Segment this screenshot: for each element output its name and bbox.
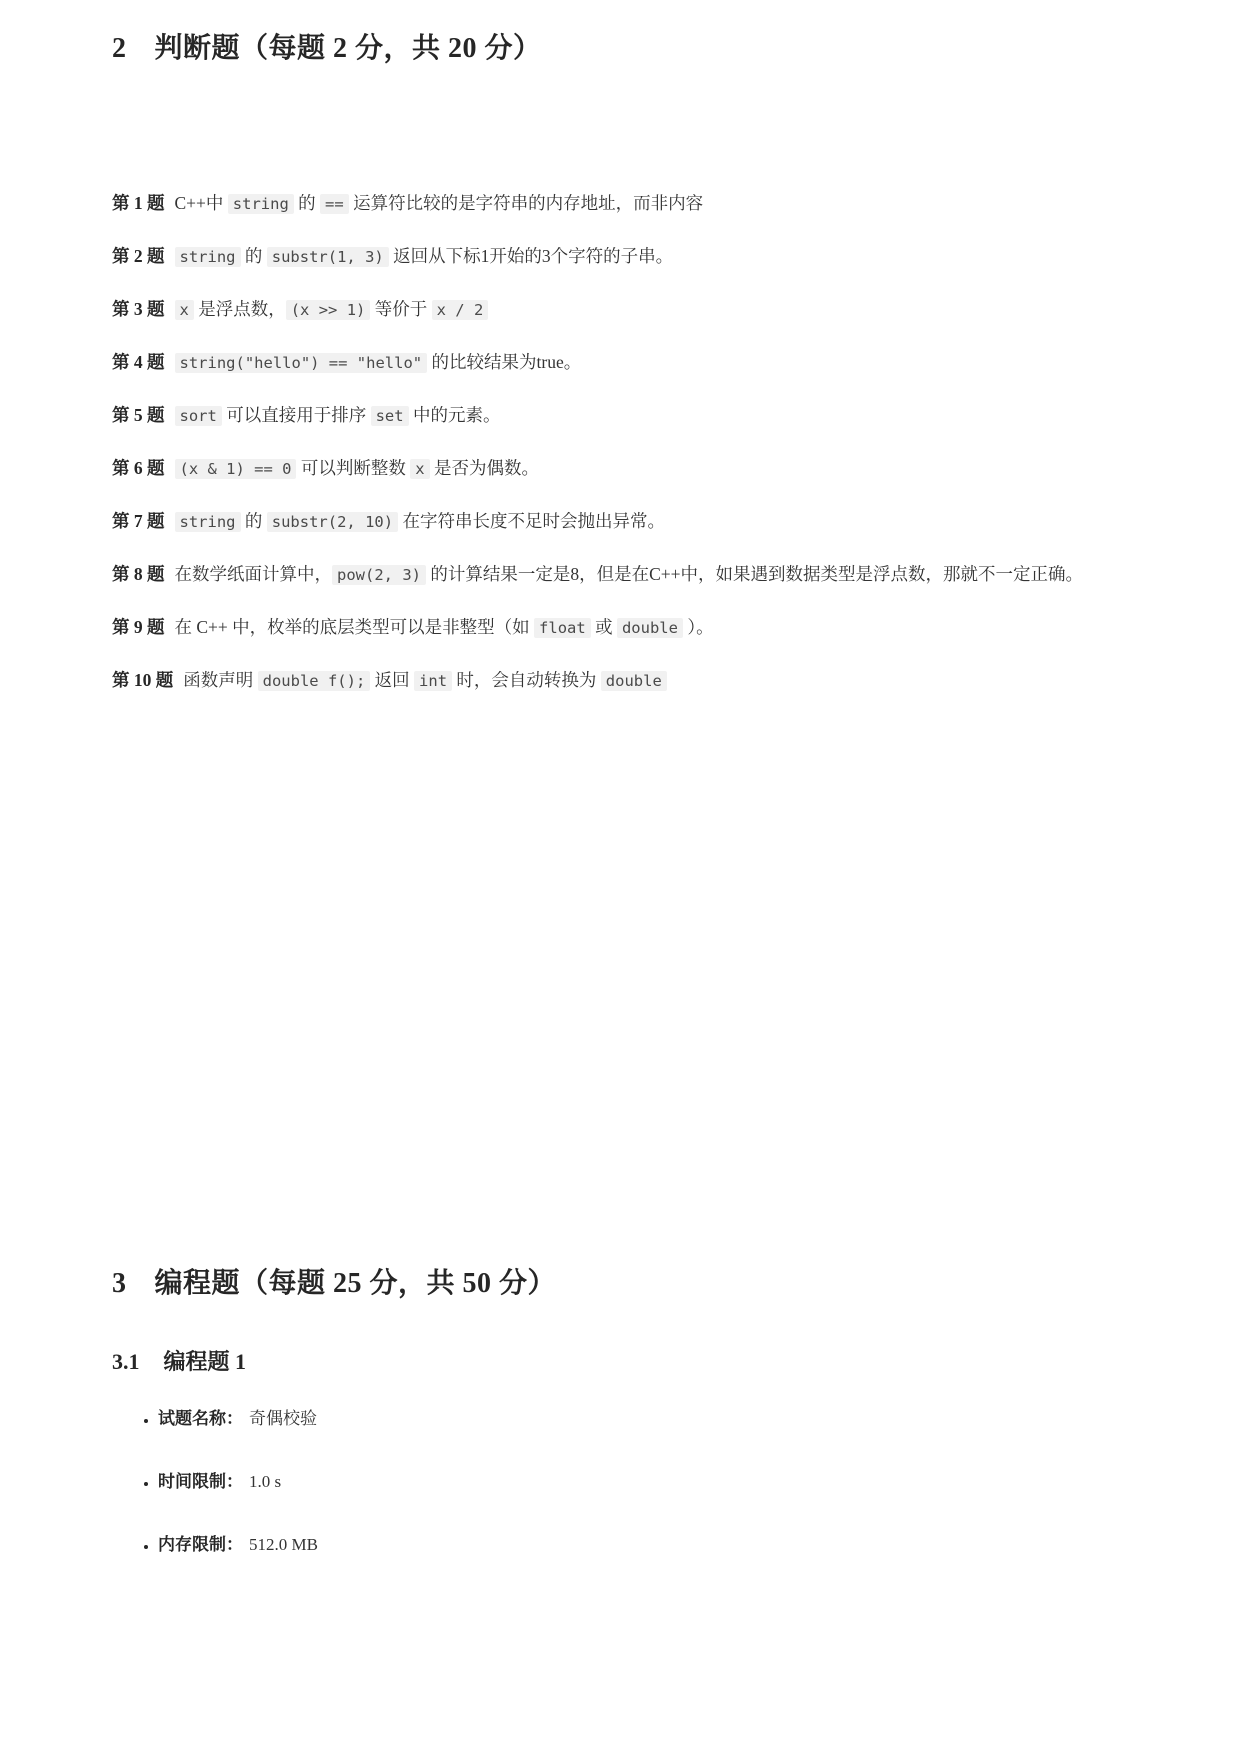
question-text: C++中 [175,193,228,213]
inline-code: == [320,194,349,214]
question-text: 或 [591,617,617,637]
subsection-3-1-title: 编程题 1 [164,1349,247,1374]
question-text: 的比较结果为true。 [427,352,581,372]
problem-meta-list: 试题名称：奇偶校验时间限制：1.0 s内存限制：512.0 MB [112,1406,1126,1558]
question-label: 第 9 题 [112,617,165,637]
inline-code: float [534,618,591,638]
subsection-3-1-heading: 3.1编程题 1 [112,1345,1126,1376]
question-item: 第 10 题函数声明 double f(); 返回 int 时，会自动转换为 d… [112,663,1126,699]
question-item: 第 2 题string 的 substr(1, 3) 返回从下标1开始的3个字符… [112,239,1126,275]
inline-code: double [601,671,667,691]
question-text: 时，会自动转换为 [452,670,601,690]
question-item: 第 5 题sort 可以直接用于排序 set 中的元素。 [112,398,1126,434]
inline-code: string [228,194,294,214]
question-text: 的 [294,193,320,213]
question-text: 返回 [370,670,414,690]
question-text: 的 [241,511,267,531]
question-text: 在字符串长度不足时会抛出异常。 [398,511,665,531]
question-label: 第 1 题 [112,193,165,213]
question-item: 第 7 题string 的 substr(2, 10) 在字符串长度不足时会抛出… [112,504,1126,540]
question-text: ）。 [683,617,714,637]
meta-value: 奇偶校验 [249,1409,317,1428]
meta-label: 内存限制： [158,1535,243,1554]
meta-label: 时间限制： [158,1472,243,1491]
question-text: 在数学纸面计算中， [175,564,333,584]
question-item: 第 8 题在数学纸面计算中，pow(2, 3) 的计算结果一定是8，但是在C++… [112,557,1126,593]
inline-code: string [175,247,241,267]
inline-code: x [410,459,429,479]
question-item: 第 4 题string("hello") == "hello" 的比较结果为tr… [112,345,1126,381]
question-label: 第 2 题 [112,246,165,266]
question-text: 运算符比较的是字符串的内存地址，而非内容 [349,193,703,213]
inline-code: (x >> 1) [286,300,371,320]
inline-code: string("hello") == "hello" [175,353,428,373]
meta-label: 试题名称： [158,1409,243,1428]
inline-code: x / 2 [432,300,489,320]
section-2-title: 判断题（每题 2 分，共 20 分） [155,33,542,64]
inline-code: sort [175,406,222,426]
inline-code: set [371,406,409,426]
question-text: 的计算结果一定是8，但是在C++中，如果遇到数据类型是浮点数，那就不一定正确。 [426,564,1083,584]
question-text: 函数声明 [183,670,257,690]
question-item: 第 9 题在 C++ 中，枚举的底层类型可以是非整型（如 float 或 dou… [112,610,1126,646]
question-label: 第 8 题 [112,564,165,584]
question-text: 的 [241,246,267,266]
inline-code: substr(2, 10) [267,512,398,532]
question-text: 等价于 [370,299,431,319]
inline-code: (x & 1) == 0 [175,459,297,479]
inline-code: double [617,618,683,638]
meta-value: 1.0 s [249,1472,281,1491]
inline-code: pow(2, 3) [332,565,426,585]
section-3-number: 3 [112,1268,127,1299]
section-3-title: 编程题（每题 25 分，共 50 分） [155,1268,557,1299]
inline-code: x [175,300,194,320]
problem-meta-item: 内存限制：512.0 MB [158,1532,1126,1558]
question-text: 中的元素。 [409,405,501,425]
question-label: 第 6 题 [112,458,165,478]
section-2-number: 2 [112,33,127,64]
inline-code: int [414,671,452,691]
question-text: 可以直接用于排序 [222,405,371,425]
question-label: 第 7 题 [112,511,165,531]
meta-value: 512.0 MB [249,1535,318,1554]
question-item: 第 6 题(x & 1) == 0 可以判断整数 x 是否为偶数。 [112,451,1126,487]
section-2-heading: 2判断题（每题 2 分，共 20 分） [112,26,1126,66]
question-text: 在 C++ 中，枚举的底层类型可以是非整型（如 [175,617,535,637]
question-text: 是浮点数， [194,299,286,319]
question-item: 第 1 题C++中 string 的 == 运算符比较的是字符串的内存地址，而非… [112,186,1126,222]
question-label: 第 5 题 [112,405,165,425]
inline-code: double f(); [258,671,371,691]
question-text: 返回从下标1开始的3个字符的子串。 [389,246,673,266]
problem-meta-item: 时间限制：1.0 s [158,1469,1126,1495]
question-text: 是否为偶数。 [430,458,539,478]
question-label: 第 10 题 [112,670,173,690]
problem-meta-item: 试题名称：奇偶校验 [158,1406,1126,1432]
true-false-question-list: 第 1 题C++中 string 的 == 运算符比较的是字符串的内存地址，而非… [112,186,1126,699]
question-text: 可以判断整数 [296,458,410,478]
inline-code: string [175,512,241,532]
inline-code: substr(1, 3) [267,247,389,267]
question-label: 第 4 题 [112,352,165,372]
section-3-heading: 3编程题（每题 25 分，共 50 分） [112,1261,1126,1301]
document-page: 2判断题（每题 2 分，共 20 分） 第 1 题C++中 string 的 =… [0,0,1241,1756]
question-item: 第 3 题x 是浮点数，(x >> 1) 等价于 x / 2 [112,292,1126,328]
question-label: 第 3 题 [112,299,165,319]
subsection-3-1-number: 3.1 [112,1349,140,1374]
